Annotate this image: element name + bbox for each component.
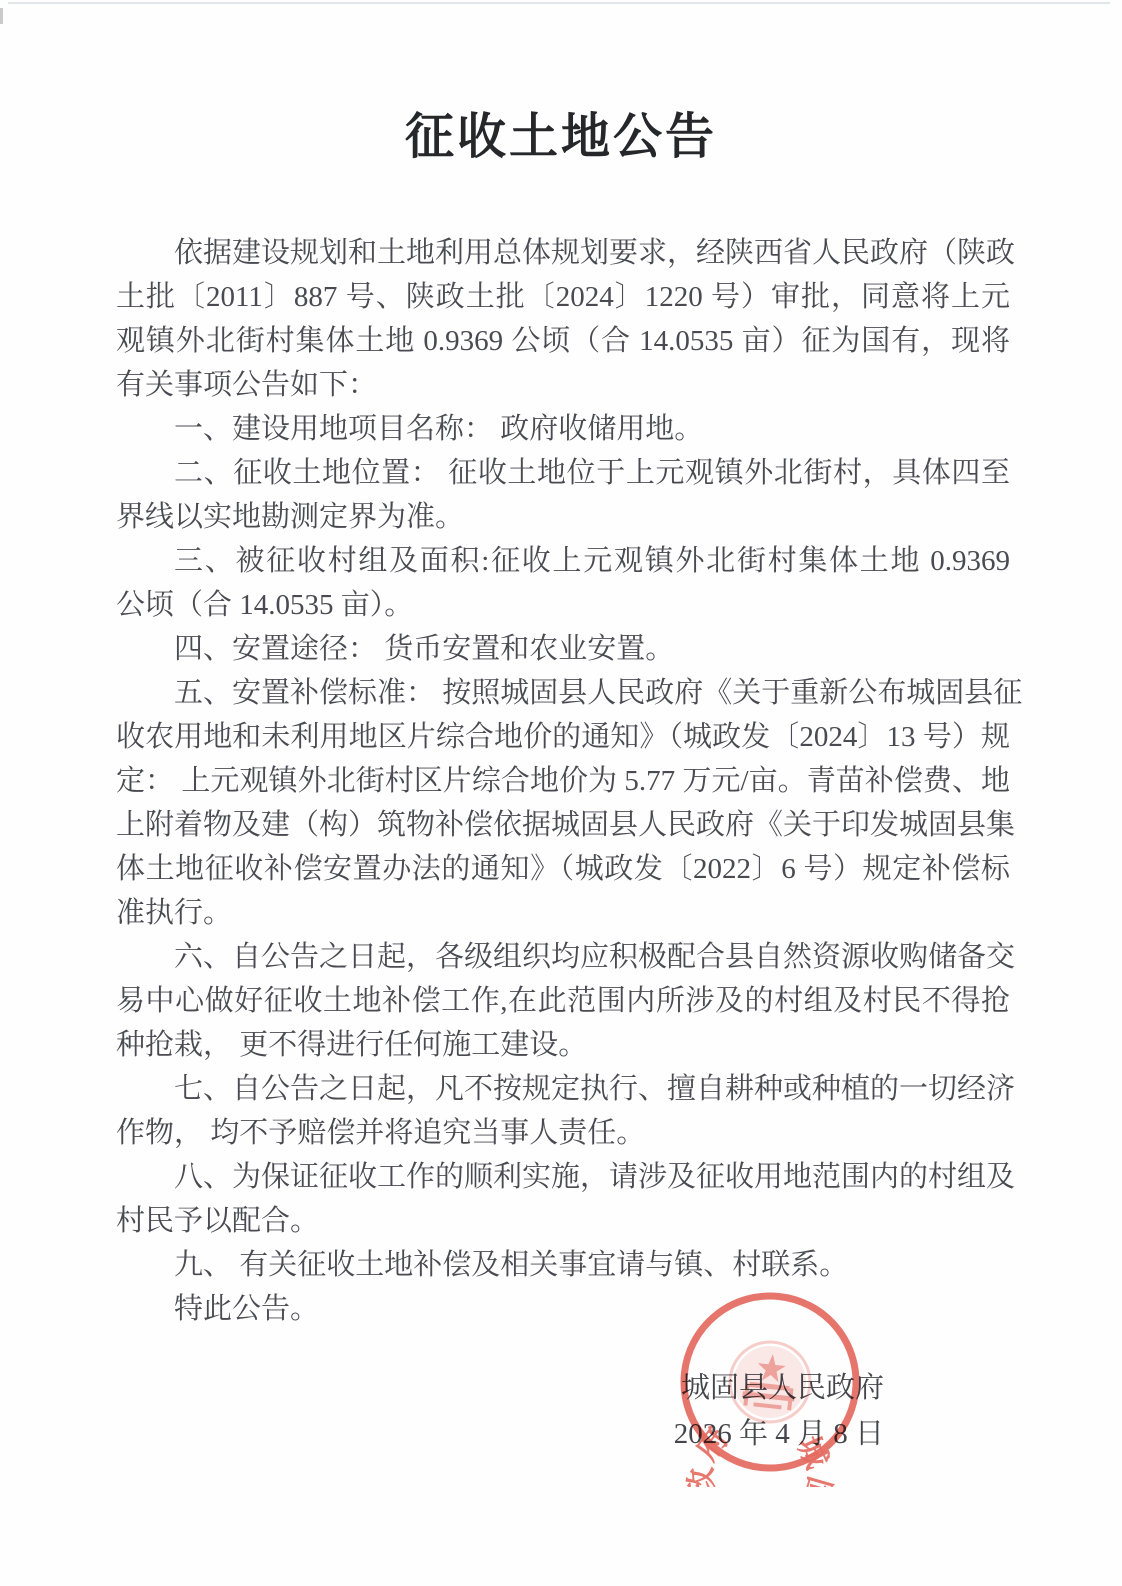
body-line: 体土地征收补偿安置办法的通知》（城政发〔2022〕6 号）规定补偿标	[116, 847, 1010, 891]
body-line: 观镇外北街村集体土地 0.9369 公顷（合 14.0535 亩）征为国有，现将	[116, 319, 1010, 363]
document-page: 征收土地公告 依据建设规划和土地利用总体规划要求，经陕西省人民政府（陕政土批〔2…	[0, 0, 1122, 1586]
body-line: 依据建设规划和土地利用总体规划要求，经陕西省人民政府（陕政	[116, 231, 1010, 275]
body-line: 特此公告。	[116, 1287, 1010, 1331]
body-line: 二、征收土地位置： 征收土地位于上元观镇外北街村，具体四至	[116, 451, 1010, 495]
body-line: 收农用地和未利用地区片综合地价的通知》（城政发〔2024〕13 号）规	[116, 715, 1010, 759]
scan-artifact-line	[8, 2, 1110, 4]
body-line: 准执行。	[116, 891, 1010, 935]
body-line: 定： 上元观镇外北街村区片综合地价为 5.77 万元/亩。青苗补偿费、地	[116, 759, 1010, 803]
official-seal-icon: 城固县人民政府	[665, 1277, 875, 1487]
body-lines: 依据建设规划和土地利用总体规划要求，经陕西省人民政府（陕政土批〔2011〕887…	[116, 231, 1010, 1331]
body-line: 七、自公告之日起，凡不按规定执行、擅自耕种或种植的一切经济	[116, 1067, 1010, 1111]
body-line: 六、自公告之日起，各级组织均应积极配合县自然资源收购储备交	[116, 935, 1010, 979]
body-line: 公顷（合 14.0535 亩）。	[116, 583, 1010, 627]
body-line: 易中心做好征收土地补偿工作,在此范围内所涉及的村组及村民不得抢	[116, 979, 1010, 1023]
body-line: 上附着物及建（构）筑物补偿依据城固县人民政府《关于印发城固县集	[116, 803, 1010, 847]
body-line: 种抢栽， 更不得进行任何施工建设。	[116, 1023, 1010, 1067]
body-line: 土批〔2011〕887 号、陕政土批〔2024〕1220 号）审批，同意将上元	[116, 275, 1010, 319]
body-line: 村民予以配合。	[116, 1199, 1010, 1243]
body-line: 五、安置补偿标准： 按照城固县人民政府《关于重新公布城固县征	[116, 671, 1010, 715]
body-line: 作物， 均不予赔偿并将追究当事人责任。	[116, 1111, 1010, 1155]
body-line: 界线以实地勘测定界为准。	[116, 495, 1010, 539]
body-line: 九、 有关征收土地补偿及相关事宜请与镇、村联系。	[116, 1243, 1010, 1287]
body-line: 四、安置途径： 货币安置和农业安置。	[116, 627, 1010, 671]
body-line: 一、建设用地项目名称： 政府收储用地。	[116, 407, 1010, 451]
body-line: 八、为保证征收工作的顺利实施，请涉及征收用地范围内的村组及	[116, 1155, 1010, 1199]
scan-artifact-tick	[0, 8, 3, 24]
body-line: 有关事项公告如下：	[116, 363, 1010, 407]
body-line: 三、被征收村组及面积:征收上元观镇外北街村集体土地 0.9369	[116, 539, 1010, 583]
page-title: 征收土地公告	[0, 109, 1122, 165]
